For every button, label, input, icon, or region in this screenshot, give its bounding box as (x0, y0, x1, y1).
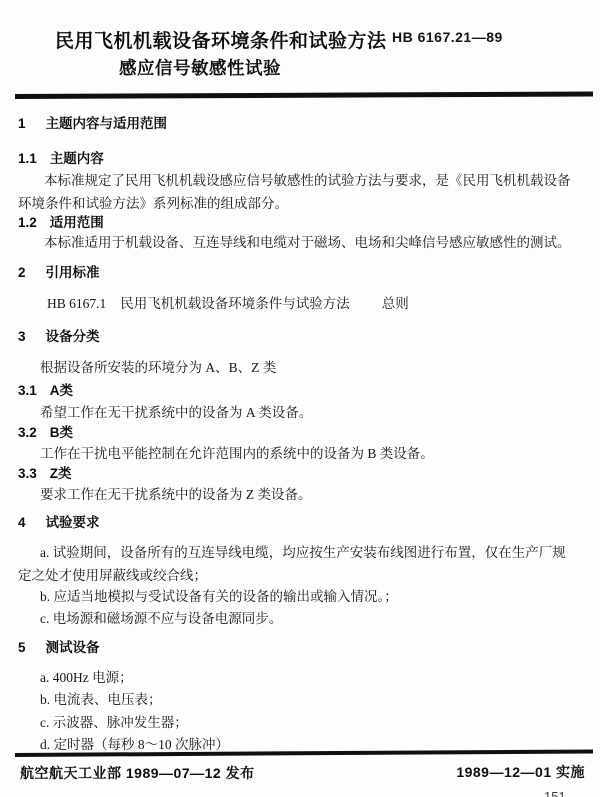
list-item-line: a. 试验期间，设备所有的互连导线电缆，均应按生产安装布线图进行布置，仅在生产厂… (40, 541, 566, 561)
section-title: 主题内容与适用范围 (46, 116, 168, 131)
list-item-line: 定之处才使用屏蔽线或绞合线； (18, 564, 207, 584)
section-1-1-heading: 1.1主题内容 (18, 147, 104, 167)
section-title: 试验要求 (46, 515, 100, 530)
section-3-3-heading: 3.3Z类 (18, 462, 72, 482)
footer-implement-info: 1989—12—01 实施 (456, 762, 585, 782)
section-title: Z类 (50, 466, 72, 481)
section-number: 5 (18, 640, 26, 655)
section-1-2-heading: 1.2适用范围 (18, 211, 104, 231)
section-number: 3.3 (18, 466, 37, 481)
section-number: 3.2 (18, 425, 37, 440)
section-2-heading: 2引用标准 (18, 261, 100, 281)
paragraph-line: 环境条件和试验方法》系列标准的组成部分。 (18, 192, 288, 212)
section-title: 主题内容 (50, 151, 104, 166)
document-title-line1: 民用飞机机载设备环境条件和试验方法 (55, 26, 387, 53)
paragraph-line: 本标准规定了民用飞机机载设感应信号敏感性的试验方法与要求，是《民用飞机机载设备 (44, 169, 571, 189)
section-5-heading: 5测试设备 (18, 636, 100, 656)
section-number: 1.1 (18, 151, 37, 166)
section-title: 适用范围 (50, 215, 104, 230)
list-item-line: b. 应适当地模拟与受试设备有关的设备的输出或输入情况。； (40, 585, 398, 605)
paragraph-line: 工作在干扰电平能控制在允许范围内的系统中的设备为 B 类设备。 (40, 442, 434, 462)
reference-code: HB 6167.1 (47, 296, 106, 311)
section-number: 3.1 (18, 383, 37, 398)
reference-suffix: 总则 (382, 296, 409, 311)
section-number: 1.2 (18, 215, 37, 230)
section-3-1-heading: 3.1A类 (18, 379, 73, 399)
section-title: A类 (50, 383, 73, 398)
section-4-heading: 4试验要求 (18, 511, 100, 531)
section-number: 4 (18, 515, 26, 530)
reference-standard-line: HB 6167.1民用飞机机载设备环境条件与试验方法总则 (47, 292, 409, 312)
paragraph-line: 要求工作在无干扰系统中的设备为 Z 类设备。 (40, 483, 312, 503)
reference-name: 民用飞机机载设备环境条件与试验方法 (120, 296, 350, 311)
section-3-heading: 3设备分类 (18, 325, 100, 345)
list-item-line: d. 定时器（每秒 8～10 次脉冲） (40, 733, 229, 753)
section-title: 设备分类 (46, 329, 100, 344)
section-title: 引用标准 (46, 265, 100, 280)
document-title-line2: 感应信号敏感性试验 (119, 55, 281, 80)
section-title: B类 (50, 425, 73, 440)
paragraph-line: 根据设备所安装的环境分为 A、B、Z 类 (40, 356, 276, 376)
list-item-line: c. 电场源和磁场源不应与设备电源同步。 (40, 607, 282, 627)
paragraph-line: 希望工作在无干扰系统中的设备为 A 类设备。 (40, 401, 312, 421)
standard-number: HB 6167.21—89 (392, 29, 503, 45)
page-number: 151 (544, 789, 566, 797)
section-number: 2 (18, 265, 26, 280)
header-divider-rule (15, 91, 593, 99)
section-1-heading: 1主题内容与适用范围 (18, 112, 167, 132)
section-3-2-heading: 3.2B类 (18, 421, 73, 441)
list-item-line: b. 电流表、电压表； (40, 688, 162, 708)
document-page: 民用飞机机载设备环境条件和试验方法 HB 6167.21—89 感应信号敏感性试… (0, 0, 600, 797)
section-title: 测试设备 (46, 640, 100, 655)
paragraph-line: 本标准适用于机载设备、互连导线和电缆对于磁场、电场和尖峰信号感应敏感性的测试。 (44, 231, 571, 251)
section-number: 1 (18, 116, 26, 131)
section-number: 3 (18, 329, 26, 344)
footer-issue-info: 航空航天工业部 1989—07—12 发布 (20, 763, 255, 783)
list-item-line: c. 示波器、脉冲发生器； (40, 711, 188, 731)
list-item-line: a. 400Hz 电源； (40, 666, 133, 686)
